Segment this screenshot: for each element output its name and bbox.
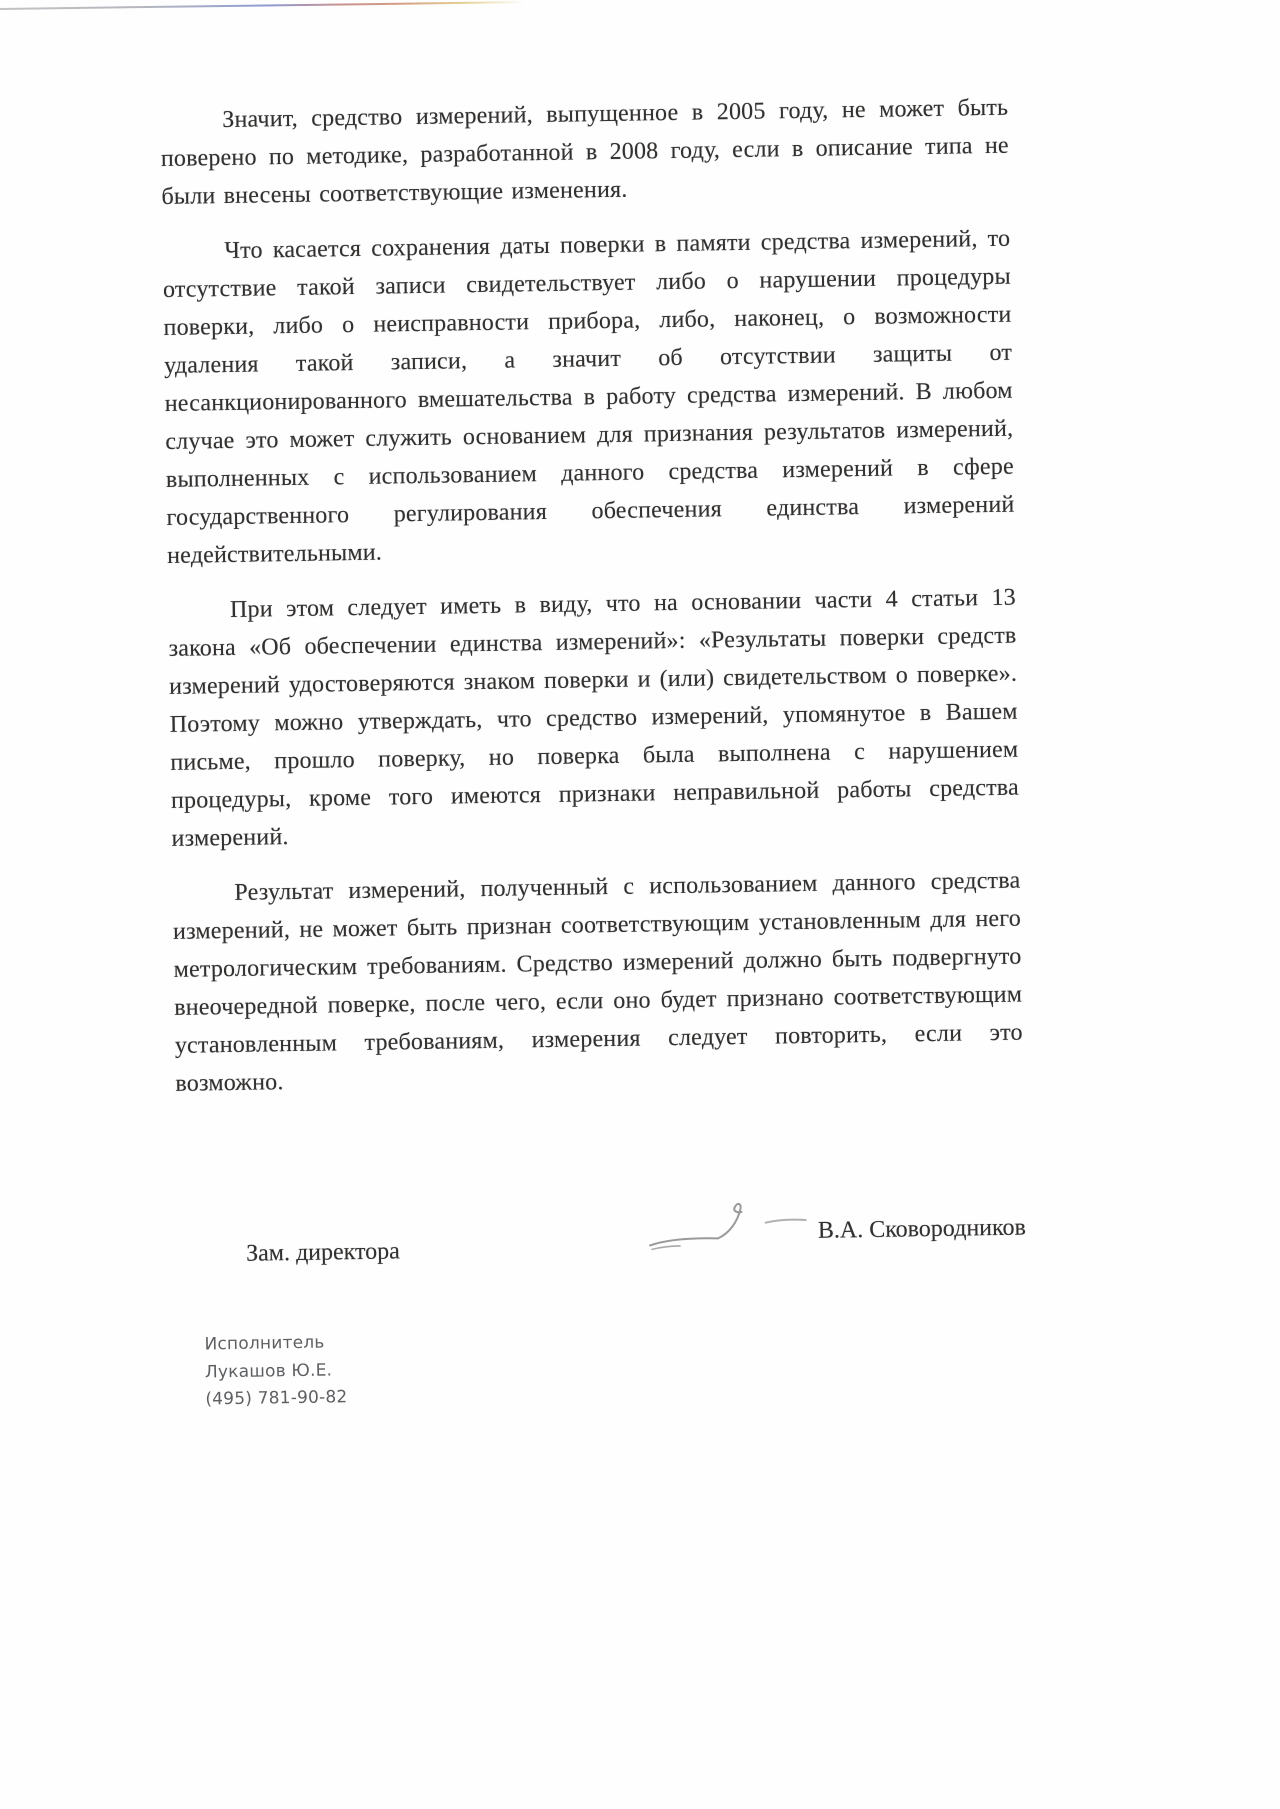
paragraph-1: Значит, средство измерений, выпущенное в… xyxy=(160,89,1010,216)
signature-row: Зам. директора В.А. Сковородников xyxy=(178,1215,1027,1274)
signer-position-title: Зам. директора xyxy=(246,1238,400,1267)
executor-block: Исполнитель Лукашов Ю.Е. (495) 781-90-82 xyxy=(179,1319,1028,1415)
scan-edge-artifact xyxy=(0,1,526,10)
paragraph-3: При этом следует иметь в виду, что на ос… xyxy=(168,579,1020,858)
letter-body: Значит, средство измерений, выпущенное в… xyxy=(160,89,1029,1415)
handwritten-signature-icon xyxy=(645,1196,821,1254)
paragraph-2: Что касается сохранения даты поверки в п… xyxy=(162,220,1015,575)
signer-name: В.А. Сковородников xyxy=(818,1215,1026,1245)
scanned-letter-page: Значит, средство измерений, выпущенное в… xyxy=(0,0,1280,1809)
paragraph-4: Результат измерений, полученный с исполь… xyxy=(172,862,1023,1103)
